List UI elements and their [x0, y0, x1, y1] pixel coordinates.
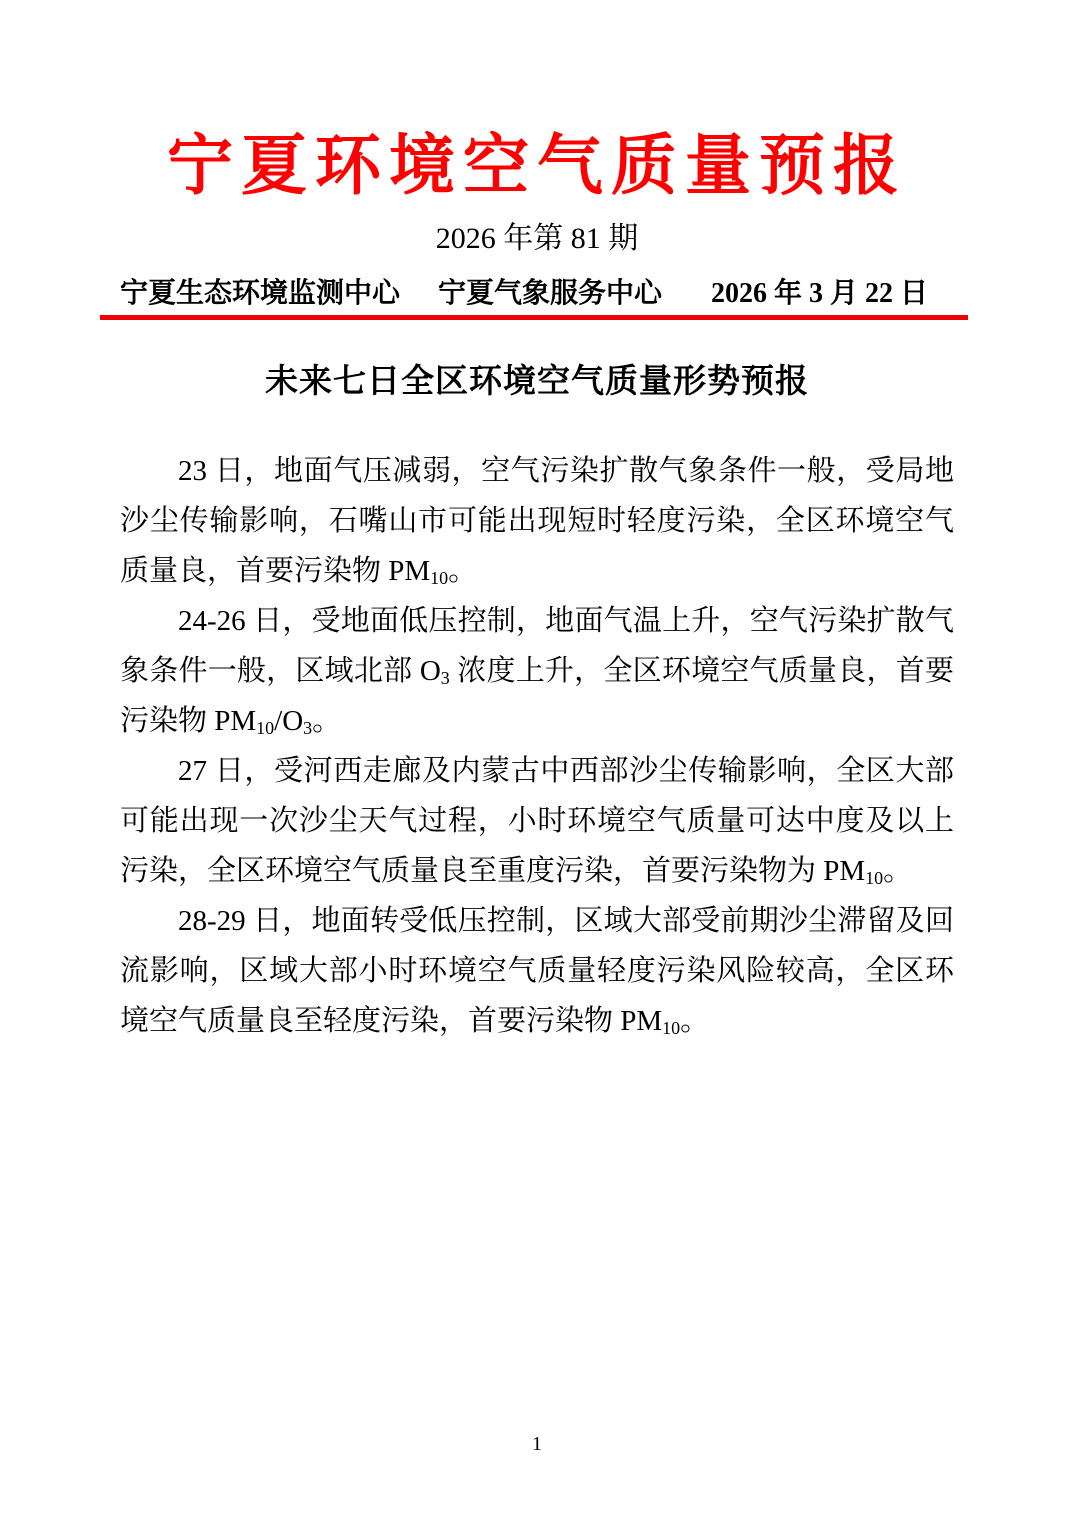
section-title: 未来七日全区环境空气质量形势预报: [120, 358, 954, 404]
paragraph: 27 日，受河西走廊及内蒙古中西部沙尘传输影响，全区大部可能出现一次沙尘天气过程…: [120, 746, 954, 896]
subscript-text: 10: [256, 718, 274, 738]
paragraph: 23 日，地面气压减弱，空气污染扩散气象条件一般，受局地沙尘传输影响，石嘴山市可…: [120, 446, 954, 596]
body-paragraphs: 23 日，地面气压减弱，空气污染扩散气象条件一般，受局地沙尘传输影响，石嘴山市可…: [120, 446, 954, 1046]
issue-number-line: 2026 年第 81 期: [120, 221, 954, 257]
subscript-text: 10: [662, 1018, 680, 1038]
paragraph-text: 。: [448, 555, 477, 587]
document-page: { "page": { "title": "宁夏环境空气质量预报", "issu…: [0, 0, 1074, 1520]
subscript-text: 3: [441, 668, 450, 688]
paragraph-text: 。: [680, 1005, 709, 1037]
document-title: 宁夏环境空气质量预报: [120, 126, 954, 205]
document-content: 宁夏环境空气质量预报 2026 年第 81 期 宁夏生态环境监测中心 宁夏气象服…: [0, 0, 1074, 1046]
issuing-agencies-row: 宁夏生态环境监测中心 宁夏气象服务中心 2026 年 3 月 22 日: [120, 277, 954, 311]
paragraph-text: 。: [883, 855, 912, 887]
paragraph-text: 28-29 日，地面转受低压控制，区域大部受前期沙尘滞留及回流影响，区域大部小时…: [120, 905, 954, 1037]
subscript-text: 3: [303, 718, 312, 738]
paragraph-text: /O: [274, 705, 303, 737]
paragraph: 24-26 日，受地面低压控制，地面气温上升，空气污染扩散气象条件一般，区域北部…: [120, 596, 954, 746]
paragraph-text: 。: [312, 705, 341, 737]
paragraph-text: 27 日，受河西走廊及内蒙古中西部沙尘传输影响，全区大部可能出现一次沙尘天气过程…: [120, 755, 954, 887]
page-number: 1: [0, 1432, 1074, 1456]
subscript-text: 10: [865, 868, 883, 888]
red-divider-rule: [100, 315, 968, 320]
paragraph-text: 23 日，地面气压减弱，空气污染扩散气象条件一般，受局地沙尘传输影响，石嘴山市可…: [120, 455, 954, 587]
paragraph: 28-29 日，地面转受低压控制，区域大部受前期沙尘滞留及回流影响，区域大部小时…: [120, 896, 954, 1046]
issue-date: 2026 年 3 月 22 日: [711, 277, 928, 311]
subscript-text: 10: [430, 568, 448, 588]
issuing-agency-center: 宁夏气象服务中心: [438, 277, 662, 311]
issuing-agency-left: 宁夏生态环境监测中心: [120, 278, 400, 309]
